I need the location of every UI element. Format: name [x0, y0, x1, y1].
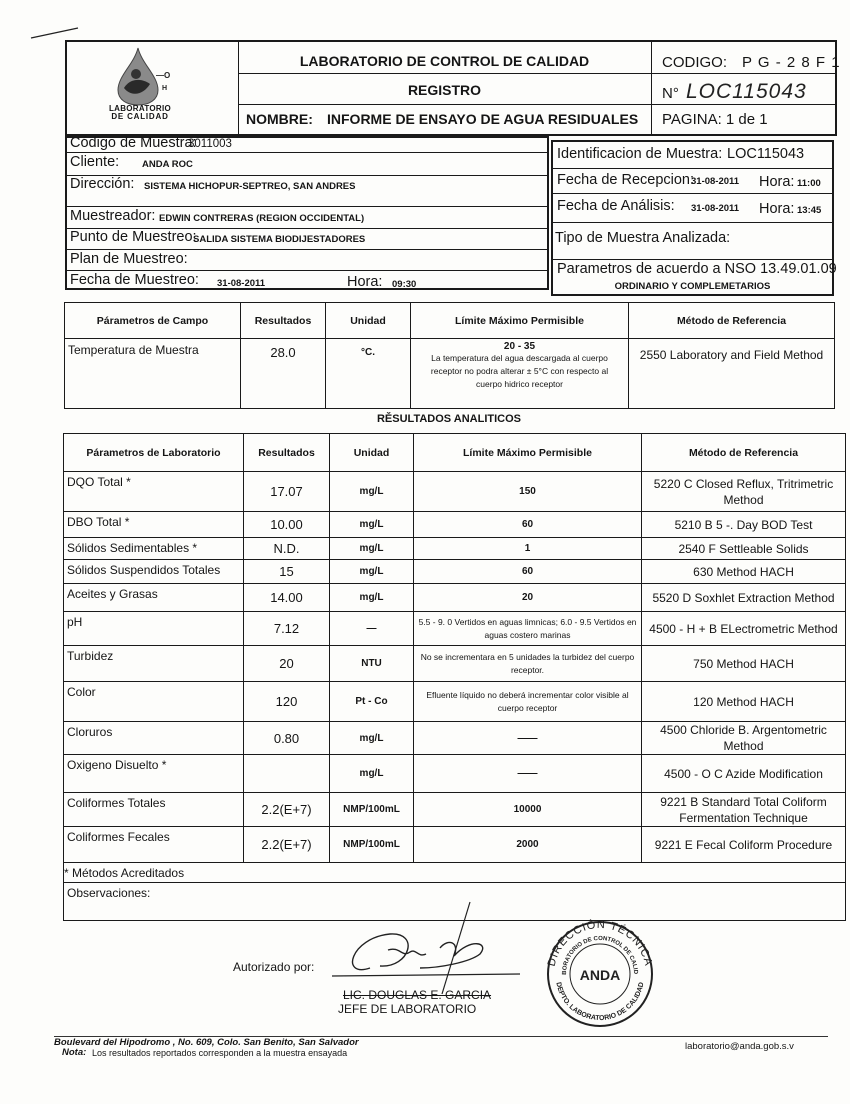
lab-unit: mg/L	[330, 584, 414, 612]
lab-param: Color	[64, 682, 244, 722]
table-row: Coliformes Fecales2.2(E+7)NMP/100mL20009…	[64, 827, 846, 863]
lab-method: 120 Method HACH	[642, 682, 846, 722]
lab-result: 14.00	[244, 584, 330, 612]
field-header-result: Resultados	[241, 303, 326, 339]
lab-header-limit: Límite Máximo Permisible	[414, 434, 642, 472]
fecha-muestreo-label: Fecha de Muestreo:	[70, 272, 199, 288]
fecha-recepcion-value: 31-08-2011	[691, 176, 739, 187]
punto-muestreo-value: SALIDA SISTEMA BIODIJESTADORES	[193, 234, 365, 245]
table-row: pH7.12—5.5 - 9. 0 Vertidos en aguas limn…	[64, 612, 846, 646]
fecha-analisis-label: Fecha de Análisis:	[557, 198, 675, 214]
table-row: Aceites y Grasas14.00mg/L205520 D Soxhle…	[64, 584, 846, 612]
lab-param: Aceites y Grasas	[64, 584, 244, 612]
lab-limit: ——	[414, 755, 642, 793]
lab-method: 2540 F Settleable Solids	[642, 538, 846, 560]
hora-recepcion-label: Hora:	[759, 174, 794, 190]
table-row: Oxigeno Disuelto *mg/L——4500 - O C Azide…	[64, 755, 846, 793]
lab-limit: 20	[414, 584, 642, 612]
lab-result: 10.00	[244, 512, 330, 538]
lab-result: 0.80	[244, 722, 330, 755]
signer-role: JEFE DE LABORATORIO	[338, 1002, 476, 1016]
tipo-muestra-label: Tipo de Muestra Analizada:	[555, 230, 730, 246]
nombre-label: NOMBRE:	[246, 111, 313, 127]
lab-method: 630 Method HACH	[642, 560, 846, 584]
lab-param: Oxigeno Disuelto *	[64, 755, 244, 793]
lab-param: Coliformes Totales	[64, 793, 244, 827]
fecha-muestreo-value: 31-08-2011	[217, 278, 265, 289]
lab-result: 15	[244, 560, 330, 584]
signer-name: LIC. DOUGLAS E. GARCIA	[343, 988, 491, 1002]
field-unit: °C.	[326, 339, 411, 409]
lab-limit: 150	[414, 472, 642, 512]
direccion-value: SISTEMA HICHOPUR-SEPTREO, SAN ANDRES	[144, 181, 355, 192]
lab-param: pH	[64, 612, 244, 646]
plan-muestreo-label: Plan de Muestreo:	[70, 251, 188, 267]
lab-limit: 60	[414, 512, 642, 538]
table-row: Turbidez20NTUNo se incrementara en 5 uni…	[64, 646, 846, 682]
lab-unit: mg/L	[330, 472, 414, 512]
lab-limit: 10000	[414, 793, 642, 827]
field-limit: 20 - 35 La temperatura del agua descarga…	[411, 339, 629, 409]
codigo-label: CODIGO:	[662, 54, 727, 71]
lab-results-table: Párametros de Laboratorio Resultados Uni…	[63, 433, 846, 921]
field-table-header-row: Párametros de Campo Resultados Unidad Lí…	[65, 303, 835, 339]
table-row: Coliformes Totales2.2(E+7)NMP/100mL10000…	[64, 793, 846, 827]
lab-result: 2.2(E+7)	[244, 793, 330, 827]
lab-unit: —	[330, 612, 414, 646]
field-limit-range: 20 - 35	[414, 341, 625, 352]
hora-muestreo-value: 09:30	[392, 279, 416, 290]
lab-table-header-row: Párametros de Laboratorio Resultados Uni…	[64, 434, 846, 472]
lab-param: Turbidez	[64, 646, 244, 682]
lab-method: 4500 - H + B ELectrometric Method	[642, 612, 846, 646]
footer-address: Boulevard del Hipodromo , No. 609, Colo.…	[54, 1037, 359, 1048]
direccion-tecnica-stamp-icon: DIRECCIÓN TÉCNICA LABORATORIO DE CONTROL…	[538, 916, 662, 1028]
lab-header-param: Párametros de Laboratorio	[64, 434, 244, 472]
lab-method: 5220 C Closed Reflux, Tritrimetric Metho…	[642, 472, 846, 512]
lab-title: LABORATORIO DE CONTROL DE CALIDAD	[238, 53, 651, 69]
svg-text:—O: —O	[156, 71, 170, 80]
identificacion-value: LOC115043	[727, 146, 804, 162]
field-header-param: Párametros de Campo	[65, 303, 241, 339]
table-row: DQO Total *17.07mg/L1505220 C Closed Ref…	[64, 472, 846, 512]
muestreador-value: EDWIN CONTRERAS (REGION OCCIDENTAL)	[159, 213, 364, 224]
cliente-value: ANDA ROC	[142, 159, 193, 170]
lab-result	[244, 755, 330, 793]
codigo-muestra-value: 3011003	[188, 138, 232, 150]
lab-result: 2.2(E+7)	[244, 827, 330, 863]
field-method: 2550 Laboratory and Field Method	[629, 339, 835, 409]
lab-header-unit: Unidad	[330, 434, 414, 472]
lab-unit: NMP/100mL	[330, 793, 414, 827]
lab-param: Sólidos Sedimentables *	[64, 538, 244, 560]
lab-limit: 2000	[414, 827, 642, 863]
lab-param: DBO Total *	[64, 512, 244, 538]
lab-method: 5210 B 5 -. Day BOD Test	[642, 512, 846, 538]
hora-recepcion-value: 11:00	[797, 178, 821, 189]
parametros-nso-label: Parametros de acuerdo a NSO 13.49.01.09	[557, 261, 837, 277]
identificacion-label: Identificacion de Muestra:	[557, 146, 722, 162]
pagina-label: PAGINA: 1 de 1	[662, 111, 768, 128]
lab-method: 9221 B Standard Total Coliform Fermentat…	[642, 793, 846, 827]
hora-muestreo-label: Hora:	[347, 274, 382, 290]
table-row: Sólidos Sedimentables *N.D.mg/L12540 F S…	[64, 538, 846, 560]
field-header-method: Método de Referencia	[629, 303, 835, 339]
lab-unit: mg/L	[330, 560, 414, 584]
svg-text:H: H	[162, 85, 167, 92]
field-param: Temperatura de Muestra	[65, 339, 241, 409]
lab-unit: mg/L	[330, 755, 414, 793]
direccion-label: Dirección:	[70, 176, 134, 192]
hora-analisis-value: 13:45	[797, 205, 821, 216]
lab-unit: Pt - Co	[330, 682, 414, 722]
lab-logo: —O H LABORATORIO DE CALIDAD	[96, 44, 206, 132]
lab-method: 5520 D Soxhlet Extraction Method	[642, 584, 846, 612]
lab-limit: Efluente líquido no deberá incrementar c…	[414, 682, 642, 722]
lab-method: 750 Method HACH	[642, 646, 846, 682]
lab-limit: ——	[414, 722, 642, 755]
lab-result: N.D.	[244, 538, 330, 560]
field-limit-note: La temperatura del agua descargada al cu…	[414, 352, 625, 391]
lab-unit: NTU	[330, 646, 414, 682]
lab-param: Coliformes Fecales	[64, 827, 244, 863]
lab-unit: mg/L	[330, 538, 414, 560]
table-row: Sólidos Suspendidos Totales15mg/L60630 M…	[64, 560, 846, 584]
lab-limit: No se incrementara en 5 unidades la turb…	[414, 646, 642, 682]
footer-nota-label: Nota:	[62, 1047, 86, 1058]
numero-handwritten-value: LOC115043	[686, 80, 807, 104]
lab-result: 20	[244, 646, 330, 682]
fecha-recepcion-label: Fecha de Recepcion:	[557, 172, 694, 188]
hora-analisis-label: Hora:	[759, 201, 794, 217]
nombre-value: INFORME DE ENSAYO DE AGUA RESIDUALES	[327, 111, 638, 127]
footer-nota-text: Los resultados reportados corresponden a…	[92, 1048, 347, 1058]
lab-unit: NMP/100mL	[330, 827, 414, 863]
fecha-analisis-value: 31-08-2011	[691, 203, 739, 214]
table-row: DBO Total *10.00mg/L605210 B 5 -. Day BO…	[64, 512, 846, 538]
water-drop-logo-icon: —O H	[96, 44, 206, 106]
table-row: Color120Pt - CoEfluente líquido no deber…	[64, 682, 846, 722]
footer-email[interactable]: laboratorio@anda.gob.s.v	[685, 1041, 794, 1052]
lab-method: 4500 - O C Azide Modification	[642, 755, 846, 793]
lab-header-method: Método de Referencia	[642, 434, 846, 472]
svg-text:DIRECCIÓN TÉCNICA: DIRECCIÓN TÉCNICA	[546, 918, 655, 968]
field-parameters-table: Párametros de Campo Resultados Unidad Lí…	[64, 302, 835, 409]
registro-title: REGISTRO	[238, 82, 651, 98]
analytic-results-title: RĚSULTADOS ANALITICOS	[64, 413, 834, 425]
codigo-muestra-label: Código de Muestra:	[70, 135, 197, 151]
field-header-limit: Límite Máximo Permisible	[411, 303, 629, 339]
lab-limit: 60	[414, 560, 642, 584]
lab-limit: 1	[414, 538, 642, 560]
lab-param: Cloruros	[64, 722, 244, 755]
lab-header-result: Resultados	[244, 434, 330, 472]
codigo-value: P G - 2 8 F 1	[742, 54, 841, 71]
table-row: Cloruros0.80mg/L——4500 Chloride B. Argen…	[64, 722, 846, 755]
lab-limit: 5.5 - 9. 0 Vertidos en aguas limnicas; 6…	[414, 612, 642, 646]
lab-result: 7.12	[244, 612, 330, 646]
table-row: Temperatura de Muestra 28.0 °C. 20 - 35 …	[65, 339, 835, 409]
autorizado-label: Autorizado por:	[233, 960, 314, 974]
numero-label: N°	[662, 85, 679, 102]
lab-method: 4500 Chloride B. Argentometric Method	[642, 722, 846, 755]
lab-result: 17.07	[244, 472, 330, 512]
accredited-note: * Métodos Acreditados	[64, 863, 846, 883]
lab-method: 9221 E Fecal Coliform Procedure	[642, 827, 846, 863]
field-header-unit: Unidad	[326, 303, 411, 339]
punto-muestreo-label: Punto de Muestreo:	[70, 229, 197, 245]
lab-unit: mg/L	[330, 512, 414, 538]
parametros-nso-sub: ORDINARIO Y COMPLEMETARIOS	[551, 281, 834, 292]
field-result: 28.0	[241, 339, 326, 409]
lab-unit: mg/L	[330, 722, 414, 755]
svg-text:ANDA: ANDA	[580, 967, 620, 983]
cliente-label: Cliente:	[70, 154, 119, 170]
lab-param: Sólidos Suspendidos Totales	[64, 560, 244, 584]
muestreador-label: Muestreador:	[70, 208, 155, 224]
lab-result: 120	[244, 682, 330, 722]
signature-scribble-icon	[330, 898, 530, 998]
accredited-note-row: * Métodos Acreditados	[64, 863, 846, 883]
lab-param: DQO Total *	[64, 472, 244, 512]
